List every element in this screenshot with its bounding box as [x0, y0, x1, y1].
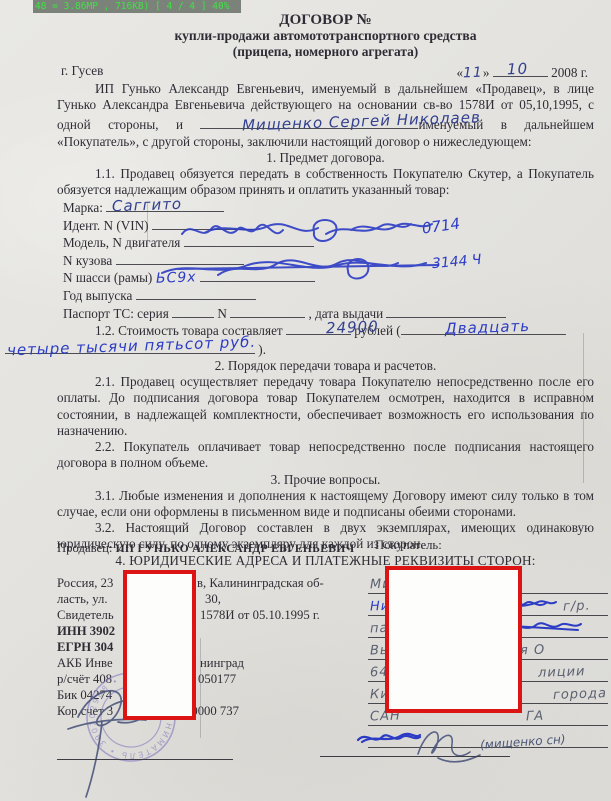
vin-label: Идент. N (VIN) — [63, 218, 149, 233]
engine-label: Модель, N двигателя — [63, 235, 180, 250]
passport-series-field — [172, 304, 214, 318]
seller-heading: Продавец: ИП ГУНЬКО АЛЕКСАНДР ЕВГЕНЬЕВИЧ — [57, 541, 354, 556]
contract-body: ДОГОВОР № купли-продажи автомототранспор… — [0, 0, 611, 569]
seller-line-inn: ИНН 3902 — [57, 623, 377, 639]
clause-3-1: 3.1. Любые изменения и дополнения к наст… — [57, 488, 594, 520]
price-words-line-2: четыре тысячи пятьсот руб. ). — [5, 340, 594, 358]
blank-underline: 10 — [493, 63, 548, 77]
passport-date-field — [386, 304, 506, 318]
contract-title: ДОГОВОР № — [57, 12, 594, 28]
viewer-status-overlay: 48 = 3.86MP , 716KB) [ 4 / 4 ] 40% — [33, 0, 241, 13]
contract-subtitle-2: (прицепа, номерного агрегата) — [57, 44, 594, 59]
seller-line: Россия, 23в, Калининградская об- — [57, 575, 377, 591]
buyer-signature-line — [320, 756, 510, 757]
clause-2-2: 2.2. Покупатель оплачивает товар непосре… — [57, 439, 594, 471]
engine-number-fragment: 0714 — [421, 217, 461, 238]
seller-line: Свидетель1578И от 05.10.1995 г. — [57, 607, 377, 623]
viewer-status-text: 48 = 3.86MP , 716KB) [ 4 / 4 ] 40% — [35, 1, 229, 12]
city-label: г. Гусев — [61, 63, 103, 81]
price-digits-field: 24900 — [286, 321, 351, 335]
paper-crease — [583, 333, 584, 483]
redaction-box-buyer — [385, 566, 522, 713]
chassis-end-fragment: 3144 Ч — [431, 253, 482, 273]
section-2-heading: 2. Порядок передачи товара и расчетов. — [57, 358, 594, 374]
body-number-field — [116, 251, 244, 265]
dateline: г. Гусев «11» 10 2008 г. — [57, 63, 594, 81]
price-words-handwritten-1: Двадцать — [406, 318, 530, 339]
seller-line: ласть, ул.30, — [57, 591, 377, 607]
date-day-handwritten: 11 — [463, 65, 483, 82]
buyer-signature — [408, 722, 486, 768]
redaction-box-seller — [123, 570, 196, 720]
chassis-label: N шасси (рамы) — [63, 270, 152, 285]
chassis-start-handwritten: ЬС9х — [155, 270, 196, 287]
seller-label: Продавец: — [57, 541, 112, 555]
form-row-year: Год выпуска — [57, 286, 594, 303]
seller-signature-line — [57, 759, 233, 760]
date-year: 2008 г. — [551, 65, 588, 80]
section-3-heading: 3. Прочие вопросы. — [57, 472, 594, 488]
form-row-chassis: N шасси (рамы) ЬС9х 3144 Ч — [57, 268, 594, 286]
price-words-field-2: четыре тысячи пятьсот руб. — [5, 340, 255, 354]
price-digits-handwritten: 24900 — [288, 318, 379, 338]
year-field — [136, 286, 256, 300]
requisites-section: Продавец: ИП ГУНЬКО АЛЕКСАНДР ЕВГЕНЬЕВИЧ… — [0, 525, 611, 801]
chassis-field: 3144 Ч — [200, 268, 315, 282]
vin-field — [152, 216, 257, 230]
clause-2-1: 2.1. Продавец осуществляет передачу това… — [57, 374, 594, 439]
section-1-heading: 1. Предмет договора. — [57, 150, 594, 166]
buyer-heading: Покупатель: — [375, 538, 442, 553]
price-words-handwritten-2: четыре тысячи пятьсот руб. — [7, 334, 257, 359]
contract-date: «11» 10 2008 г. — [457, 63, 589, 81]
seller-name: ИП ГУНЬКО АЛЕКСАНДР ЕВГЕНЬЕВИЧ — [116, 542, 355, 555]
price-close-paren: ). — [258, 342, 266, 357]
form-row-vin: Идент. N (VIN) — [57, 216, 594, 233]
clause-1-1: 1.1. Продавец обязуется передать в собст… — [57, 166, 594, 198]
date-month-handwritten: 10 — [507, 60, 529, 79]
form-row-body: N кузова — [57, 251, 594, 268]
contract-subtitle: купли-продажи автомототранспортного сред… — [57, 28, 594, 44]
passport-number-field — [230, 304, 305, 318]
passport-n-label: N — [217, 306, 227, 321]
intro-paragraph: ИП Гунько Александр Евгеньевич, именуемы… — [57, 81, 594, 150]
paper-crease — [200, 638, 201, 738]
marka-field: Саггито — [106, 198, 224, 212]
form-row-marka: Марка: Саггито — [57, 198, 594, 215]
marka-label: Марка: — [63, 200, 103, 215]
body-number-label: N кузова — [63, 253, 112, 268]
form-row-engine: Модель, N двигателя 0714 — [57, 233, 594, 250]
scanned-contract-page: 48 = 3.86MP , 716KB) [ 4 / 4 ] 40% ДОГОВ… — [0, 0, 611, 801]
passport-label: Паспорт ТС: серия — [63, 306, 169, 321]
quote-close: » — [483, 65, 490, 80]
blank-underline: Мищенко Сергей Николаев — [200, 113, 418, 129]
year-label: Год выпуска — [63, 288, 132, 303]
price-words-field: Двадцать — [401, 321, 566, 335]
paper-crease — [147, 203, 148, 245]
engine-field: 0714 — [184, 233, 314, 247]
